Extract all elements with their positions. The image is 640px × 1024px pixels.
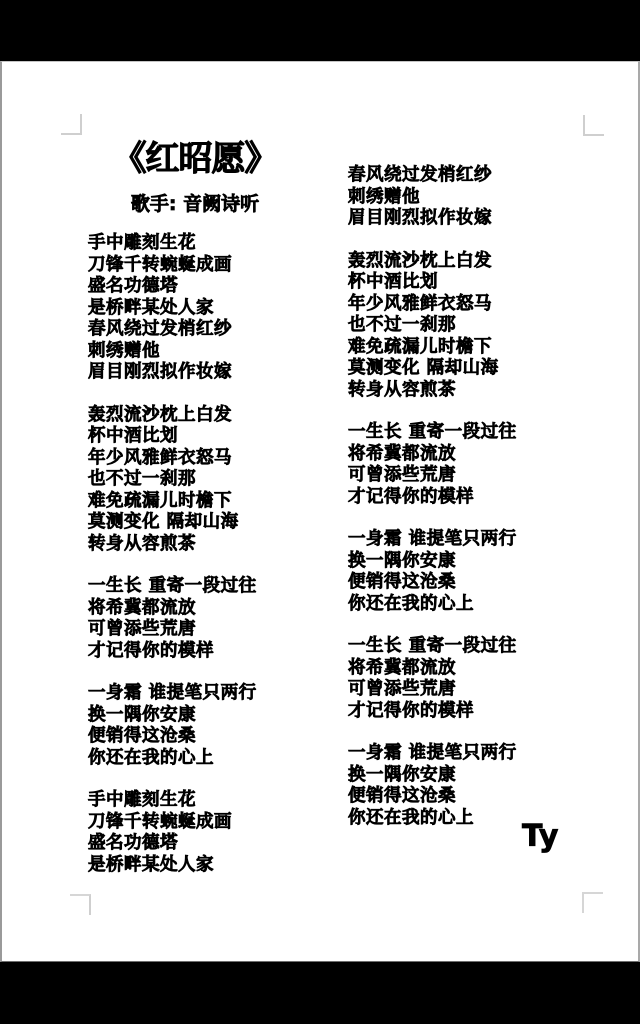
lyric-line: 转身从容煎茶 [348, 380, 592, 402]
lyric-line: 将希冀都流放 [348, 444, 592, 466]
left-lyrics-column: 《红昭愿》 歌手: 音阙诗听 手中雕刻生花刀锋千转蜿蜒成画盛名功德塔是桥畔某处人… [88, 140, 302, 876]
lyric-line: 也不过一刹那 [348, 315, 592, 337]
lyric-line: 便销得这沧桑 [88, 726, 302, 748]
lyric-line: 刺绣赠他 [348, 187, 592, 209]
lyric-line: 春风绕过发梢红纱 [88, 319, 302, 341]
lyric-line: 一身霜 谁提笔只两行 [88, 683, 302, 705]
lyric-stanza: 手中雕刻生花刀锋千转蜿蜒成画盛名功德塔是桥畔某处人家春风绕过发梢红纱刺绣赠他眉目… [88, 233, 302, 384]
lyric-line: 也不过一刹那 [88, 469, 302, 491]
lyric-line: 一生长 重寄一段过往 [88, 576, 302, 598]
bottom-letterbox [0, 962, 640, 1024]
lyric-stanza: 轰烈流沙枕上白发杯中酒比划年少风雅鲜衣怒马也不过一刹那难免疏漏儿时檐下莫测变化 … [88, 405, 302, 556]
lyric-line: 将希冀都流放 [88, 598, 302, 620]
lyric-line: 难免疏漏儿时檐下 [348, 337, 592, 359]
lyric-line: 杯中酒比划 [88, 426, 302, 448]
right-lyrics-column: 春风绕过发梢红纱刺绣赠他眉目刚烈拟作妆嫁轰烈流沙枕上白发杯中酒比划年少风雅鲜衣怒… [348, 165, 592, 829]
lyric-stanza: 轰烈流沙枕上白发杯中酒比划年少风雅鲜衣怒马也不过一刹那难免疏漏儿时檐下莫测变化 … [348, 251, 592, 402]
lyric-line: 一身霜 谁提笔只两行 [348, 743, 592, 765]
signature: Ty [522, 822, 558, 852]
lyric-line: 眉目刚烈拟作妆嫁 [88, 362, 302, 384]
lyric-line: 你还在我的心上 [88, 748, 302, 770]
lyric-stanza: 一生长 重寄一段过往将希冀都流放可曾添些荒唐才记得你的模样 [88, 576, 302, 662]
lyric-stanza: 一身霜 谁提笔只两行换一隅你安康便销得这沧桑你还在我的心上 [88, 683, 302, 769]
lyrics-page: 《红昭愿》 歌手: 音阙诗听 手中雕刻生花刀锋千转蜿蜒成画盛名功德塔是桥畔某处人… [0, 61, 640, 962]
lyric-line: 将希冀都流放 [348, 658, 592, 680]
lyric-line: 一生长 重寄一段过往 [348, 422, 592, 444]
lyric-line: 轰烈流沙枕上白发 [348, 251, 592, 273]
lyric-stanza: 一生长 重寄一段过往将希冀都流放可曾添些荒唐才记得你的模样 [348, 422, 592, 508]
lyric-line: 杯中酒比划 [348, 272, 592, 294]
song-title: 《红昭愿》 [88, 140, 302, 178]
lyric-stanza: 一身霜 谁提笔只两行换一隅你安康便销得这沧桑你还在我的心上 [348, 529, 592, 615]
lyric-line: 才记得你的模样 [348, 701, 592, 723]
lyric-line: 莫测变化 隔却山海 [348, 358, 592, 380]
lyric-stanza: 一生长 重寄一段过往将希冀都流放可曾添些荒唐才记得你的模样 [348, 636, 592, 722]
lyric-line: 你还在我的心上 [348, 594, 592, 616]
lyric-line: 便销得这沧桑 [348, 786, 592, 808]
top-letterbox [0, 0, 640, 61]
lyric-line: 年少风雅鲜衣怒马 [88, 448, 302, 470]
lyric-line: 难免疏漏儿时檐下 [88, 491, 302, 513]
lyric-line: 才记得你的模样 [348, 487, 592, 509]
lyric-line: 手中雕刻生花 [88, 233, 302, 255]
lyric-line: 春风绕过发梢红纱 [348, 165, 592, 187]
lyric-line: 是桥畔某处人家 [88, 855, 302, 877]
text-boundary-mark-bottom-left [70, 894, 91, 915]
text-boundary-mark-top-left [61, 114, 82, 135]
lyric-line: 换一隅你安康 [348, 765, 592, 787]
lyric-line: 一身霜 谁提笔只两行 [348, 529, 592, 551]
lyric-line: 莫测变化 隔却山海 [88, 512, 302, 534]
lyric-line: 轰烈流沙枕上白发 [88, 405, 302, 427]
right-stanzas: 春风绕过发梢红纱刺绣赠他眉目刚烈拟作妆嫁轰烈流沙枕上白发杯中酒比划年少风雅鲜衣怒… [348, 165, 592, 829]
text-boundary-mark-bottom-right [582, 892, 603, 913]
lyric-stanza: 春风绕过发梢红纱刺绣赠他眉目刚烈拟作妆嫁 [348, 165, 592, 230]
lyric-line: 盛名功德塔 [88, 833, 302, 855]
artist-line: 歌手: 音阙诗听 [88, 193, 302, 215]
lyric-line: 才记得你的模样 [88, 641, 302, 663]
lyric-line: 可曾添些荒唐 [348, 679, 592, 701]
lyric-line: 一生长 重寄一段过往 [348, 636, 592, 658]
left-stanzas: 手中雕刻生花刀锋千转蜿蜒成画盛名功德塔是桥畔某处人家春风绕过发梢红纱刺绣赠他眉目… [88, 233, 302, 876]
text-boundary-mark-top-right [583, 115, 604, 136]
lyric-line: 换一隅你安康 [88, 705, 302, 727]
lyric-line: 可曾添些荒唐 [348, 465, 592, 487]
screen: 《红昭愿》 歌手: 音阙诗听 手中雕刻生花刀锋千转蜿蜒成画盛名功德塔是桥畔某处人… [0, 0, 640, 1024]
lyric-line: 换一隅你安康 [348, 551, 592, 573]
lyric-stanza: 一身霜 谁提笔只两行换一隅你安康便销得这沧桑你还在我的心上 [348, 743, 592, 829]
lyric-line: 盛名功德塔 [88, 276, 302, 298]
lyric-line: 手中雕刻生花 [88, 790, 302, 812]
lyric-line: 转身从容煎茶 [88, 534, 302, 556]
lyric-line: 便销得这沧桑 [348, 572, 592, 594]
lyric-line: 刀锋千转蜿蜒成画 [88, 812, 302, 834]
lyric-line: 刀锋千转蜿蜒成画 [88, 255, 302, 277]
lyric-line: 年少风雅鲜衣怒马 [348, 294, 592, 316]
lyric-stanza: 手中雕刻生花刀锋千转蜿蜒成画盛名功德塔是桥畔某处人家 [88, 790, 302, 876]
lyric-line: 眉目刚烈拟作妆嫁 [348, 208, 592, 230]
lyric-line: 可曾添些荒唐 [88, 619, 302, 641]
lyric-line: 是桥畔某处人家 [88, 298, 302, 320]
lyric-line: 刺绣赠他 [88, 341, 302, 363]
